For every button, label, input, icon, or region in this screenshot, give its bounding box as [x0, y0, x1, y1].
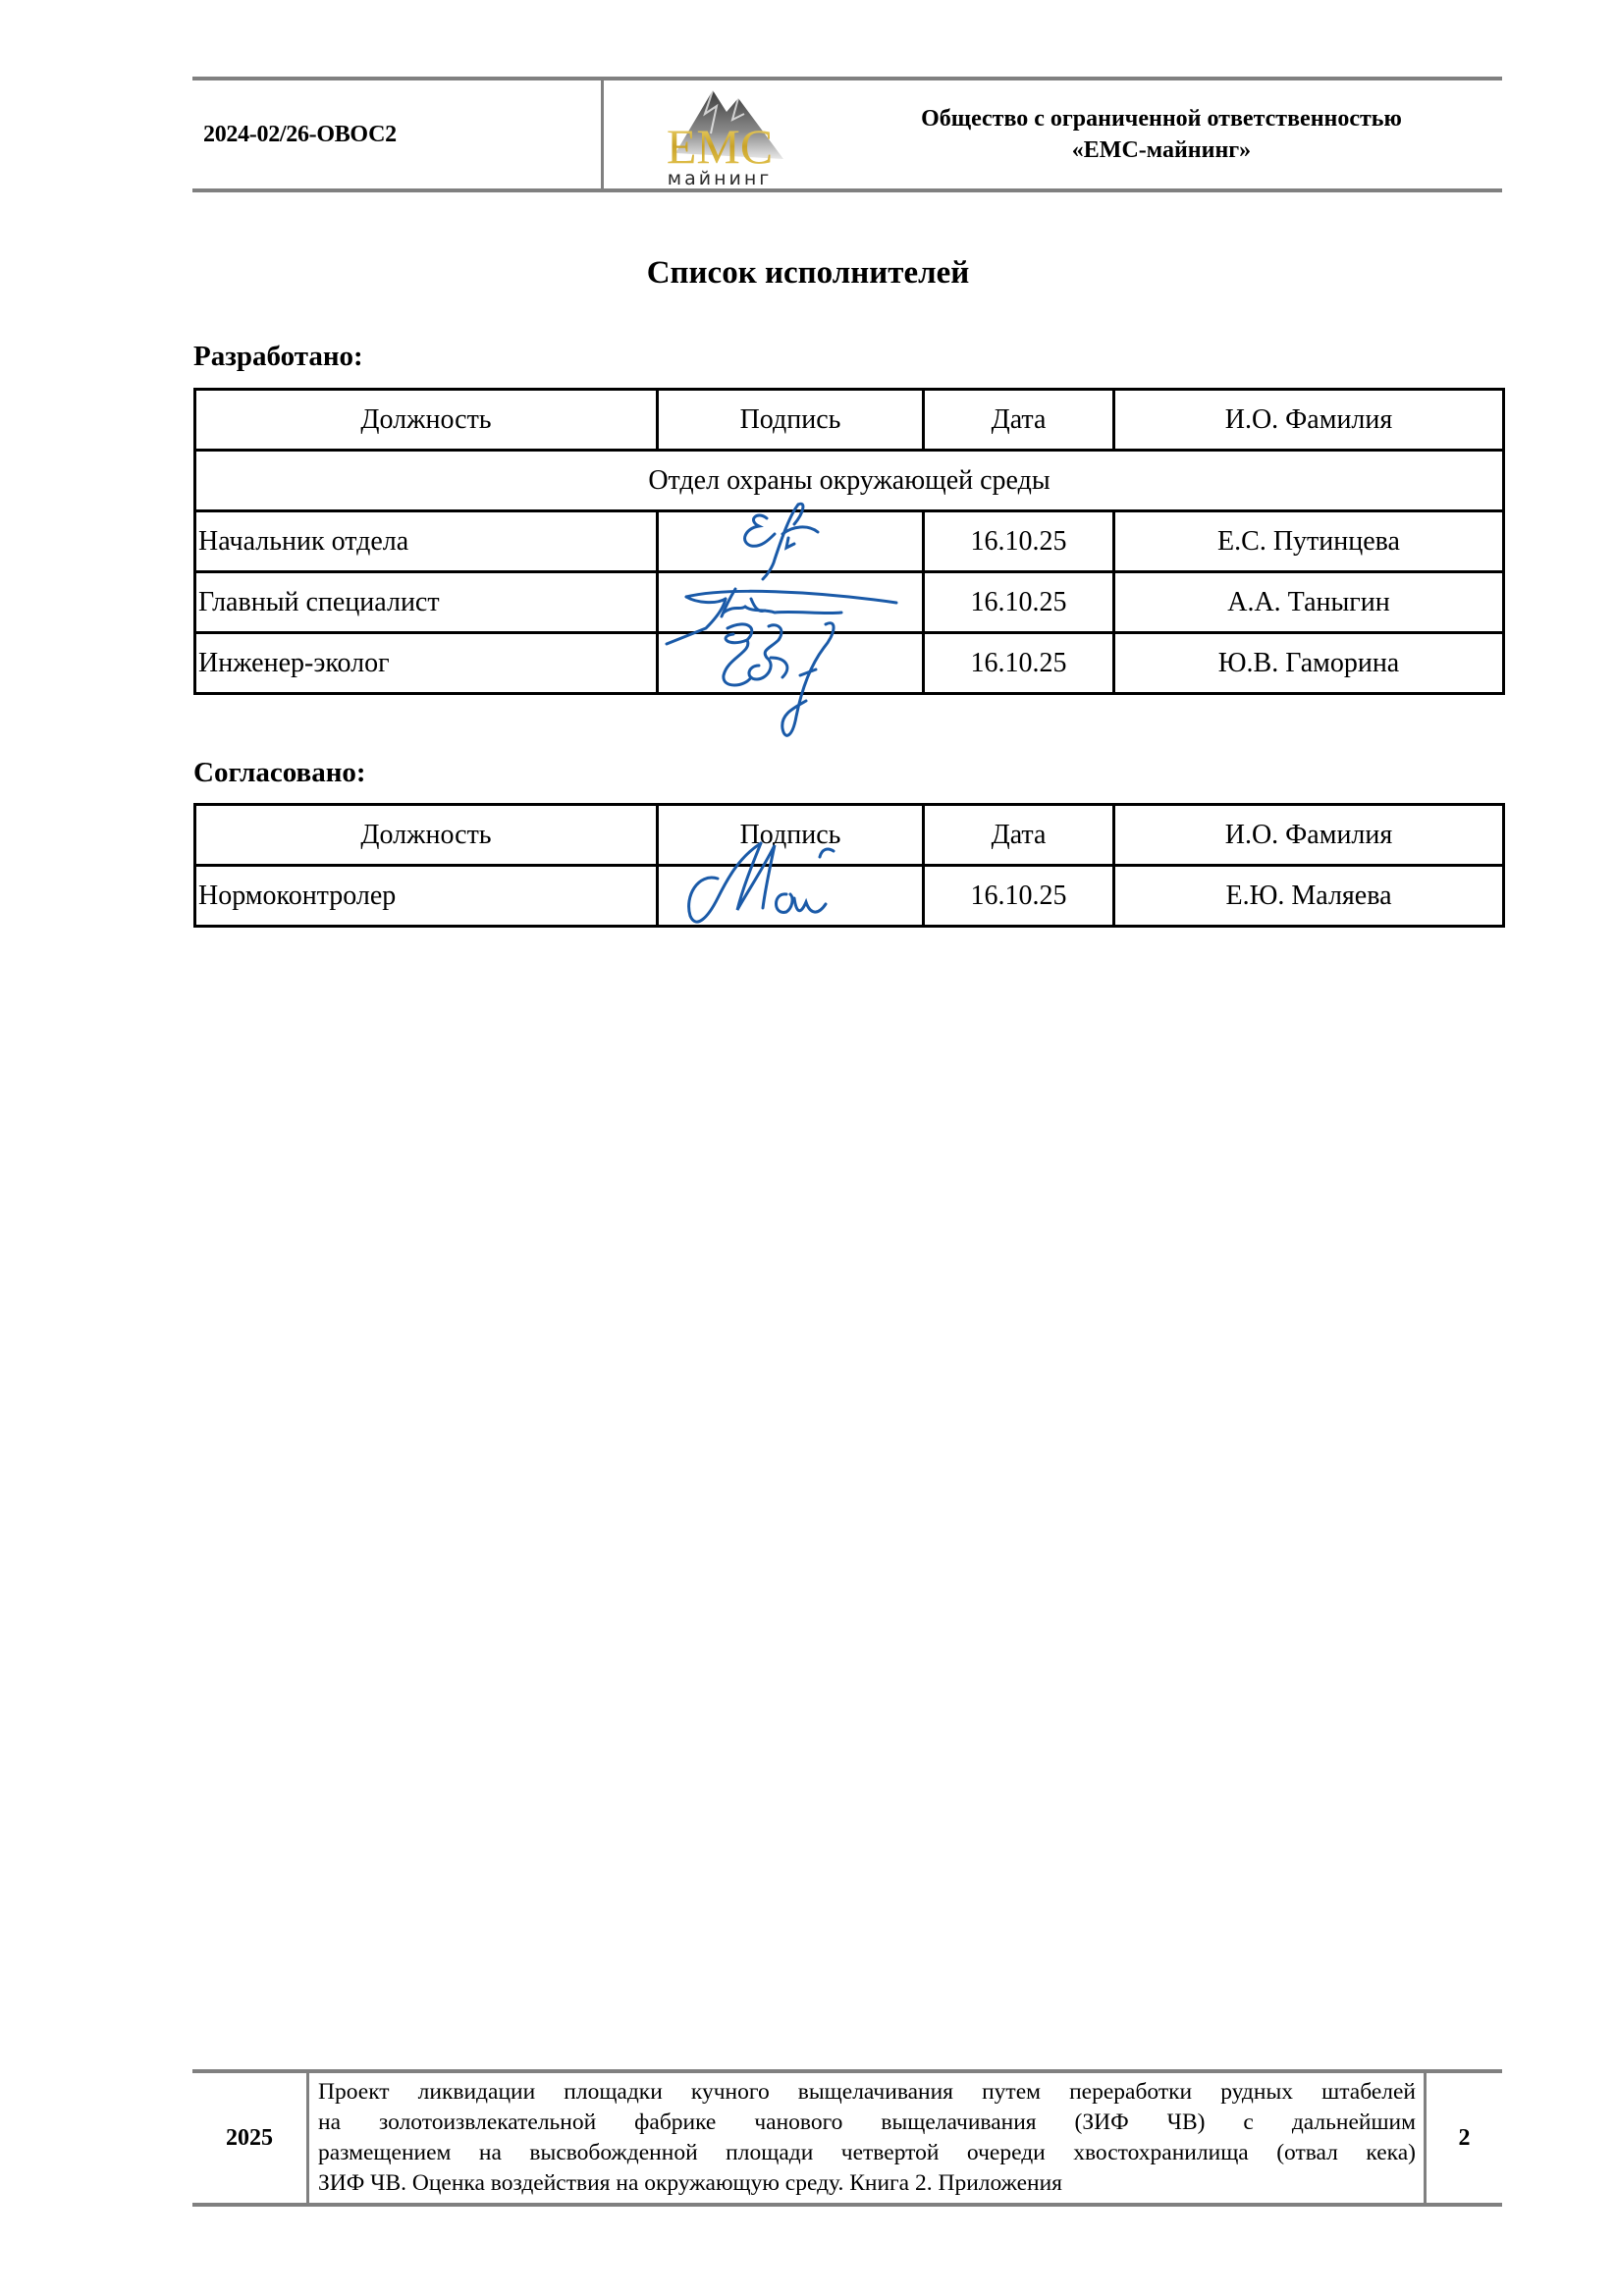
- position-cell: Начальник отдела: [195, 511, 658, 572]
- position-cell: Главный специалист: [195, 572, 658, 633]
- column-header-name: И.О. Фамилия: [1114, 805, 1504, 866]
- page-title: Список исполнителей: [0, 255, 1616, 292]
- date-cell: 16.10.25: [924, 511, 1114, 572]
- footer-line: Проект ликвидации площадки кучного выщел…: [318, 2077, 1416, 2108]
- column-header-position: Должность: [195, 805, 658, 866]
- page-footer: 2025 Проект ликвидации площадки кучного …: [192, 2069, 1502, 2207]
- approved-label: Согласовано:: [193, 757, 366, 789]
- table-row: Нормоконтролер 16.10.25 Е.Ю. Маляева: [195, 866, 1504, 927]
- signature-icon: [718, 501, 894, 579]
- signature-icon: [698, 618, 865, 746]
- developed-table: Должность Подпись Дата И.О. Фамилия Отде…: [193, 388, 1505, 695]
- column-header-name: И.О. Фамилия: [1114, 390, 1504, 451]
- footer-description: Проект ликвидации площадки кучного выщел…: [318, 2077, 1416, 2199]
- company-logo: EMC майнинг: [636, 84, 803, 188]
- footer-divider: [306, 2073, 309, 2203]
- page-number: 2: [1427, 2073, 1502, 2203]
- page-header: 2024-02/26-ОВОС2 EMC майнинг: [192, 77, 1502, 192]
- department-name: Отдел охраны окружающей среды: [195, 451, 1504, 511]
- mountain-logo-icon: EMC майнинг: [636, 84, 803, 188]
- column-header-date: Дата: [924, 390, 1114, 451]
- organization-name: Общество с ограниченной ответственностью…: [821, 80, 1502, 188]
- footer-line: ЗИФ ЧВ. Оценка воздействия на окружающую…: [318, 2168, 1416, 2199]
- signature-cell: [658, 633, 924, 694]
- signature-cell: [658, 511, 924, 572]
- footer-line: размещением на высвобожденной площади че…: [318, 2138, 1416, 2168]
- footer-line: на золотоизвлекательной фабрике чанового…: [318, 2108, 1416, 2138]
- developed-label: Разработано:: [193, 341, 363, 373]
- signature-cell: [658, 572, 924, 633]
- column-header-signature: Подпись: [658, 805, 924, 866]
- approved-table: Должность Подпись Дата И.О. Фамилия Норм…: [193, 803, 1505, 928]
- column-header-position: Должность: [195, 390, 658, 451]
- svg-text:EMC: EMC: [667, 119, 773, 174]
- name-cell: Е.Ю. Маляева: [1114, 866, 1504, 927]
- column-header-date: Дата: [924, 805, 1114, 866]
- header-divider: [601, 80, 604, 188]
- department-row: Отдел охраны окружающей среды: [195, 451, 1504, 511]
- table-row: Главный специалист 16.10.25 А.А. Таныгин: [195, 572, 1504, 633]
- name-cell: А.А. Таныгин: [1114, 572, 1504, 633]
- svg-text:майнинг: майнинг: [668, 168, 773, 188]
- document-code: 2024-02/26-ОВОС2: [203, 80, 596, 188]
- date-cell: 16.10.25: [924, 572, 1114, 633]
- name-cell: Е.С. Путинцева: [1114, 511, 1504, 572]
- date-cell: 16.10.25: [924, 633, 1114, 694]
- org-line-1: Общество с ограниченной ответственностью: [921, 103, 1402, 134]
- table-row: Инженер-эколог 16.10.25 Ю.В. Гаморина: [195, 633, 1504, 694]
- org-line-2: «ЕМС-майнинг»: [1072, 134, 1251, 166]
- column-header-signature: Подпись: [658, 390, 924, 451]
- table-header-row: Должность Подпись Дата И.О. Фамилия: [195, 390, 1504, 451]
- name-cell: Ю.В. Гаморина: [1114, 633, 1504, 694]
- date-cell: 16.10.25: [924, 866, 1114, 927]
- table-header-row: Должность Подпись Дата И.О. Фамилия: [195, 805, 1504, 866]
- footer-year: 2025: [192, 2073, 306, 2203]
- position-cell: Инженер-эколог: [195, 633, 658, 694]
- table-row: Начальник отдела 16.10.25 Е.С. Путинцева: [195, 511, 1504, 572]
- signature-cell: [658, 866, 924, 927]
- position-cell: Нормоконтролер: [195, 866, 658, 927]
